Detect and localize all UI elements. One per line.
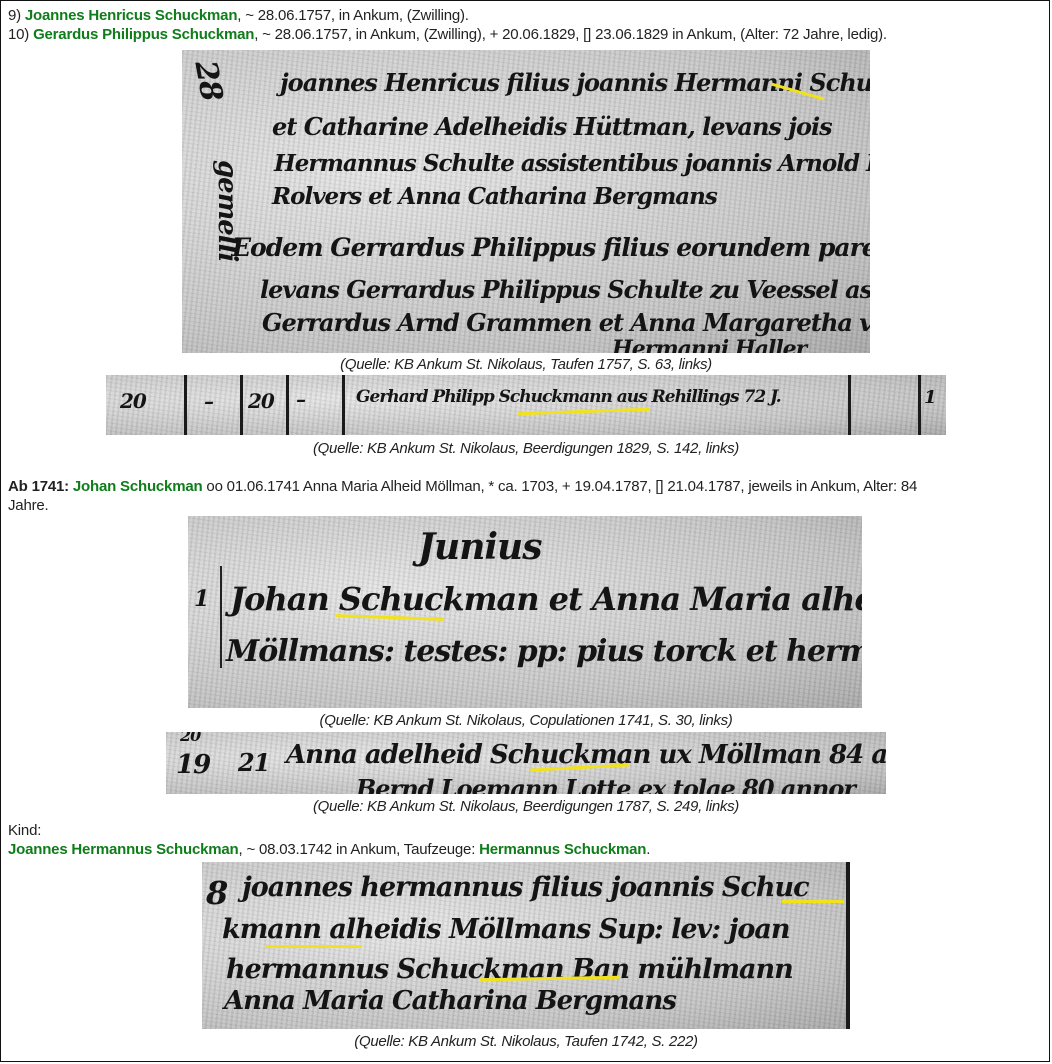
handwritten-entry: Gerhard Philipp Schuckmann aus Rehilling… (356, 387, 781, 407)
entry-number: 10) (8, 26, 29, 43)
source-caption: (Quelle: KB Ankum St. Nikolaus, Copulati… (0, 712, 1052, 730)
handwritten-cell: – (296, 387, 305, 411)
person-name: Joannes Henricus Schuckman (25, 7, 237, 24)
column-rule (848, 375, 851, 435)
person-name: Johan Schuckman (73, 478, 203, 495)
source-caption: (Quelle: KB Ankum St. Nikolaus, Beerdigu… (0, 440, 1052, 458)
handwritten-number: 1 (194, 586, 208, 612)
entry-10: 10) Gerardus Philippus Schuckman, ~ 28.0… (8, 26, 887, 44)
source-caption: (Quelle: KB Ankum St. Nikolaus, Beerdigu… (0, 798, 1052, 816)
highlight-underline (518, 408, 650, 416)
margin-date: 28 (188, 58, 229, 103)
handwritten-line: Möllmans: testes: pp: pius torck et herm… (226, 634, 862, 669)
handwritten-cell: 20 (180, 732, 200, 745)
godparent-name: Hermannus Schuckman (479, 841, 646, 858)
scan-burial-1787: 20 19 21 Anna adelheid Schuckman ux Möll… (166, 732, 886, 794)
person-name: Joannes Hermannus Schuckman (8, 841, 239, 858)
handwritten-line: levans Gerrardus Philippus Schulte zu Ve… (260, 275, 870, 304)
entry-label: Ab 1741: (8, 478, 69, 495)
entry-details: , ~ 28.06.1757, in Ankum, (Zwilling), + … (254, 26, 887, 43)
child-entry: Joannes Hermannus Schuckman, ~ 08.03.174… (8, 841, 650, 859)
marriage-entry-continued: Jahre. (8, 497, 49, 515)
scan-baptism-1757: 28 gemelli joannes Henricus filius joann… (182, 50, 870, 353)
scan-marriage-1741: Junius 1 Johan Schuckman et Anna Maria a… (188, 516, 862, 708)
handwritten-line: Rolvers et Anna Catharina Bergmans (272, 183, 717, 210)
handwritten-line: Hermanni Haller (612, 336, 806, 353)
handwritten-line: Anna Maria Catharina Bergmans (224, 986, 676, 1016)
handwritten-line: joannes Henricus filius joannis Hermanni… (280, 68, 870, 97)
handwritten-line: kmann alheidis Möllmans Sup: lev: joan (222, 914, 789, 945)
entry-details: oo 01.06.1741 Anna Maria Alheid Möllman,… (202, 478, 917, 495)
entry-9: 9) Joannes Henricus Schuckman, ~ 28.06.1… (8, 7, 469, 25)
marriage-entry: Ab 1741: Johan Schuckman oo 01.06.1741 A… (8, 478, 1038, 496)
handwritten-cell: – (204, 389, 213, 413)
handwritten-line: Johan Schuckman et Anna Maria alheid (230, 580, 862, 618)
source-caption: (Quelle: KB Ankum St. Nikolaus, Taufen 1… (0, 1033, 1052, 1051)
scan-burial-1829: 20 – 20 – Gerhard Philipp Schuckmann aus… (106, 375, 946, 435)
entry-number: 9) (8, 7, 21, 24)
entry-details: , ~ 28.06.1757, in Ankum, (Zwilling). (237, 7, 468, 24)
source-caption: (Quelle: KB Ankum St. Nikolaus, Taufen 1… (0, 356, 1052, 374)
handwritten-line: Gerrardus Arnd Grammen et Anna Margareth… (262, 308, 870, 337)
handwritten-line: joannes hermannus filius joannis Schuc (242, 872, 809, 903)
column-rule (342, 375, 345, 435)
handwritten-line: Hermannus Schulte assistentibus joannis … (274, 150, 870, 177)
handwritten-heading: Junius (418, 526, 542, 568)
handwritten-cell: 1 (924, 387, 936, 408)
highlight-underline (266, 945, 362, 948)
column-rule (240, 375, 243, 435)
handwritten-cell: 21 (238, 748, 269, 777)
highlight-underline (782, 900, 844, 903)
handwritten-line: Bernd Loemann Lotte ex tolae 80 annor (356, 774, 855, 794)
column-rule (286, 375, 289, 435)
handwritten-line: et Catharine Adelheidis Hüttman, levans … (272, 112, 832, 141)
column-rule (918, 375, 921, 435)
handwritten-number: 8 (206, 874, 227, 912)
scan-baptism-1742: 8 joannes hermannus filius joannis Schuc… (202, 862, 850, 1029)
handwritten-cell: 20 (120, 389, 146, 413)
child-label: Kind: (8, 822, 41, 840)
margin-rule (220, 566, 222, 668)
entry-details: , ~ 08.03.1742 in Ankum, Taufzeuge: (239, 841, 480, 858)
handwritten-cell: 19 (176, 750, 210, 780)
column-rule (184, 375, 187, 435)
entry-end: . (646, 841, 650, 858)
person-name: Gerardus Philippus Schuckman (33, 26, 254, 43)
page-edge-rule (846, 862, 850, 1029)
handwritten-cell: 20 (248, 389, 274, 413)
handwritten-line: Eodem Gerrardus Philippus filius eorunde… (232, 233, 870, 262)
